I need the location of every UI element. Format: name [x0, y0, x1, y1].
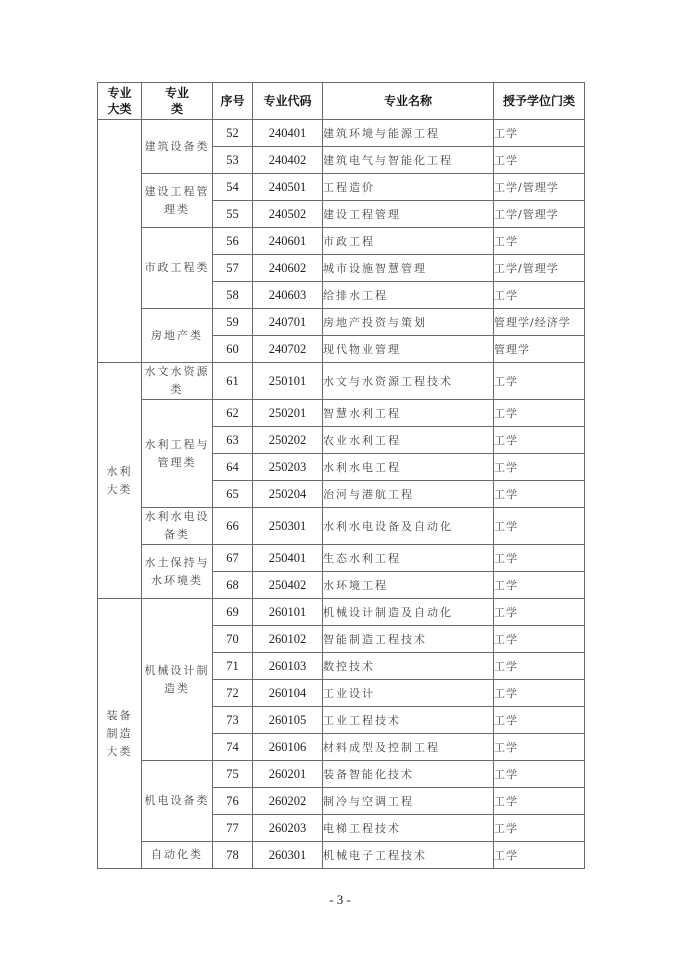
- degree-cell: 工学/管理学: [494, 174, 585, 201]
- name-cell: 水利水电工程: [323, 454, 494, 481]
- degree-cell: 工学: [494, 545, 585, 572]
- major-class-cell: 建设工程管理类: [142, 174, 213, 228]
- degree-cell: 工学: [494, 626, 585, 653]
- degree-cell: 工学: [494, 815, 585, 842]
- degree-cell: 工学: [494, 599, 585, 626]
- major-class-cell: 机电设备类: [142, 761, 213, 842]
- seq-cell: 76: [213, 788, 253, 815]
- degree-cell: 工学/管理学: [494, 255, 585, 282]
- code-cell: 240402: [253, 147, 323, 174]
- table-row: 房地产类 59 240701 房地产投资与策划 管理学/经济学: [98, 309, 585, 336]
- header-name: 专业名称: [323, 83, 494, 120]
- code-cell: 240401: [253, 120, 323, 147]
- name-cell: 机械电子工程技术: [323, 842, 494, 869]
- major-category-cell: [98, 120, 142, 363]
- major-class-cell: 建筑设备类: [142, 120, 213, 174]
- seq-cell: 63: [213, 427, 253, 454]
- degree-cell: 工学: [494, 454, 585, 481]
- table-row: 水利水电设备类 66 250301 水利水电设备及自动化 工学: [98, 508, 585, 545]
- degree-cell: 工学: [494, 147, 585, 174]
- seq-cell: 55: [213, 201, 253, 228]
- seq-cell: 67: [213, 545, 253, 572]
- code-cell: 250204: [253, 481, 323, 508]
- seq-cell: 65: [213, 481, 253, 508]
- table-row: 水土保持与水环境类 67 250401 生态水利工程 工学: [98, 545, 585, 572]
- name-cell: 房地产投资与策划: [323, 309, 494, 336]
- seq-cell: 62: [213, 400, 253, 427]
- seq-cell: 71: [213, 653, 253, 680]
- degree-cell: 工学: [494, 653, 585, 680]
- seq-cell: 72: [213, 680, 253, 707]
- degree-cell: 工学: [494, 228, 585, 255]
- seq-cell: 61: [213, 363, 253, 400]
- table-header-row: 专业大类 专业类 序号 专业代码 专业名称 授予学位门类: [98, 83, 585, 120]
- name-cell: 制冷与空调工程: [323, 788, 494, 815]
- major-category-cell: 装备制造大类: [98, 599, 142, 869]
- seq-cell: 70: [213, 626, 253, 653]
- name-cell: 农业水利工程: [323, 427, 494, 454]
- header-code: 专业代码: [253, 83, 323, 120]
- name-cell: 建筑电气与智能化工程: [323, 147, 494, 174]
- major-class-cell: 自动化类: [142, 842, 213, 869]
- code-cell: 250203: [253, 454, 323, 481]
- degree-cell: 工学/管理学: [494, 201, 585, 228]
- degree-cell: 管理学/经济学: [494, 309, 585, 336]
- code-cell: 250301: [253, 508, 323, 545]
- name-cell: 数控技术: [323, 653, 494, 680]
- degree-cell: 工学: [494, 400, 585, 427]
- degree-cell: 工学: [494, 282, 585, 309]
- degree-cell: 工学: [494, 481, 585, 508]
- table-row: 水利工程与管理类 62 250201 智慧水利工程 工学: [98, 400, 585, 427]
- code-cell: 260105: [253, 707, 323, 734]
- major-category-cell: 水利大类: [98, 363, 142, 599]
- table-row: 水利大类 水文水资源类 61 250101 水文与水资源工程技术 工学: [98, 363, 585, 400]
- code-cell: 260102: [253, 626, 323, 653]
- degree-cell: 工学: [494, 508, 585, 545]
- major-class-cell: 水土保持与水环境类: [142, 545, 213, 599]
- name-cell: 现代物业管理: [323, 336, 494, 363]
- header-degree: 授予学位门类: [494, 83, 585, 120]
- code-cell: 240601: [253, 228, 323, 255]
- table-row: 装备制造大类 机械设计制造类 69 260101 机械设计制造及自动化 工学: [98, 599, 585, 626]
- major-class-cell: 水利水电设备类: [142, 508, 213, 545]
- degree-cell: 工学: [494, 842, 585, 869]
- code-cell: 260103: [253, 653, 323, 680]
- name-cell: 治河与港航工程: [323, 481, 494, 508]
- seq-cell: 69: [213, 599, 253, 626]
- code-cell: 260106: [253, 734, 323, 761]
- seq-cell: 58: [213, 282, 253, 309]
- name-cell: 智能制造工程技术: [323, 626, 494, 653]
- code-cell: 240702: [253, 336, 323, 363]
- code-cell: 260202: [253, 788, 323, 815]
- seq-cell: 77: [213, 815, 253, 842]
- major-class-cell: 机械设计制造类: [142, 599, 213, 761]
- header-major-category: 专业大类: [98, 83, 142, 120]
- degree-cell: 工学: [494, 788, 585, 815]
- code-cell: 240502: [253, 201, 323, 228]
- page-number: - 3 -: [0, 892, 680, 908]
- seq-cell: 52: [213, 120, 253, 147]
- seq-cell: 75: [213, 761, 253, 788]
- seq-cell: 66: [213, 508, 253, 545]
- code-cell: 240501: [253, 174, 323, 201]
- degree-cell: 工学: [494, 734, 585, 761]
- seq-cell: 56: [213, 228, 253, 255]
- name-cell: 装备智能化技术: [323, 761, 494, 788]
- degree-cell: 工学: [494, 363, 585, 400]
- name-cell: 水环境工程: [323, 572, 494, 599]
- table-row: 自动化类 78 260301 机械电子工程技术 工学: [98, 842, 585, 869]
- code-cell: 260301: [253, 842, 323, 869]
- seq-cell: 73: [213, 707, 253, 734]
- table-row: 建筑设备类 52 240401 建筑环境与能源工程 工学: [98, 120, 585, 147]
- document-page: 专业大类 专业类 序号 专业代码 专业名称 授予学位门类 建筑设备类 52 24…: [0, 0, 680, 963]
- seq-cell: 59: [213, 309, 253, 336]
- name-cell: 生态水利工程: [323, 545, 494, 572]
- degree-cell: 工学: [494, 427, 585, 454]
- code-cell: 250101: [253, 363, 323, 400]
- seq-cell: 60: [213, 336, 253, 363]
- code-cell: 250201: [253, 400, 323, 427]
- header-major-class: 专业类: [142, 83, 213, 120]
- seq-cell: 74: [213, 734, 253, 761]
- name-cell: 城市设施智慧管理: [323, 255, 494, 282]
- name-cell: 给排水工程: [323, 282, 494, 309]
- major-class-cell: 水文水资源类: [142, 363, 213, 400]
- code-cell: 250202: [253, 427, 323, 454]
- degree-cell: 工学: [494, 680, 585, 707]
- name-cell: 水利水电设备及自动化: [323, 508, 494, 545]
- name-cell: 工业设计: [323, 680, 494, 707]
- table-row: 机电设备类 75 260201 装备智能化技术 工学: [98, 761, 585, 788]
- seq-cell: 68: [213, 572, 253, 599]
- code-cell: 260101: [253, 599, 323, 626]
- name-cell: 建筑环境与能源工程: [323, 120, 494, 147]
- name-cell: 机械设计制造及自动化: [323, 599, 494, 626]
- name-cell: 工业工程技术: [323, 707, 494, 734]
- name-cell: 建设工程管理: [323, 201, 494, 228]
- degree-cell: 工学: [494, 572, 585, 599]
- code-cell: 240701: [253, 309, 323, 336]
- code-cell: 250401: [253, 545, 323, 572]
- seq-cell: 57: [213, 255, 253, 282]
- majors-table: 专业大类 专业类 序号 专业代码 专业名称 授予学位门类 建筑设备类 52 24…: [97, 82, 585, 869]
- name-cell: 水文与水资源工程技术: [323, 363, 494, 400]
- degree-cell: 工学: [494, 761, 585, 788]
- seq-cell: 64: [213, 454, 253, 481]
- major-class-cell: 水利工程与管理类: [142, 400, 213, 508]
- header-seq: 序号: [213, 83, 253, 120]
- code-cell: 240603: [253, 282, 323, 309]
- code-cell: 240602: [253, 255, 323, 282]
- seq-cell: 78: [213, 842, 253, 869]
- major-class-cell: 市政工程类: [142, 228, 213, 309]
- table-row: 市政工程类 56 240601 市政工程 工学: [98, 228, 585, 255]
- name-cell: 市政工程: [323, 228, 494, 255]
- name-cell: 智慧水利工程: [323, 400, 494, 427]
- major-class-cell: 房地产类: [142, 309, 213, 363]
- name-cell: 电梯工程技术: [323, 815, 494, 842]
- degree-cell: 工学: [494, 120, 585, 147]
- degree-cell: 工学: [494, 707, 585, 734]
- name-cell: 工程造价: [323, 174, 494, 201]
- degree-cell: 管理学: [494, 336, 585, 363]
- code-cell: 250402: [253, 572, 323, 599]
- table-row: 建设工程管理类 54 240501 工程造价 工学/管理学: [98, 174, 585, 201]
- seq-cell: 53: [213, 147, 253, 174]
- name-cell: 材料成型及控制工程: [323, 734, 494, 761]
- seq-cell: 54: [213, 174, 253, 201]
- code-cell: 260104: [253, 680, 323, 707]
- code-cell: 260203: [253, 815, 323, 842]
- code-cell: 260201: [253, 761, 323, 788]
